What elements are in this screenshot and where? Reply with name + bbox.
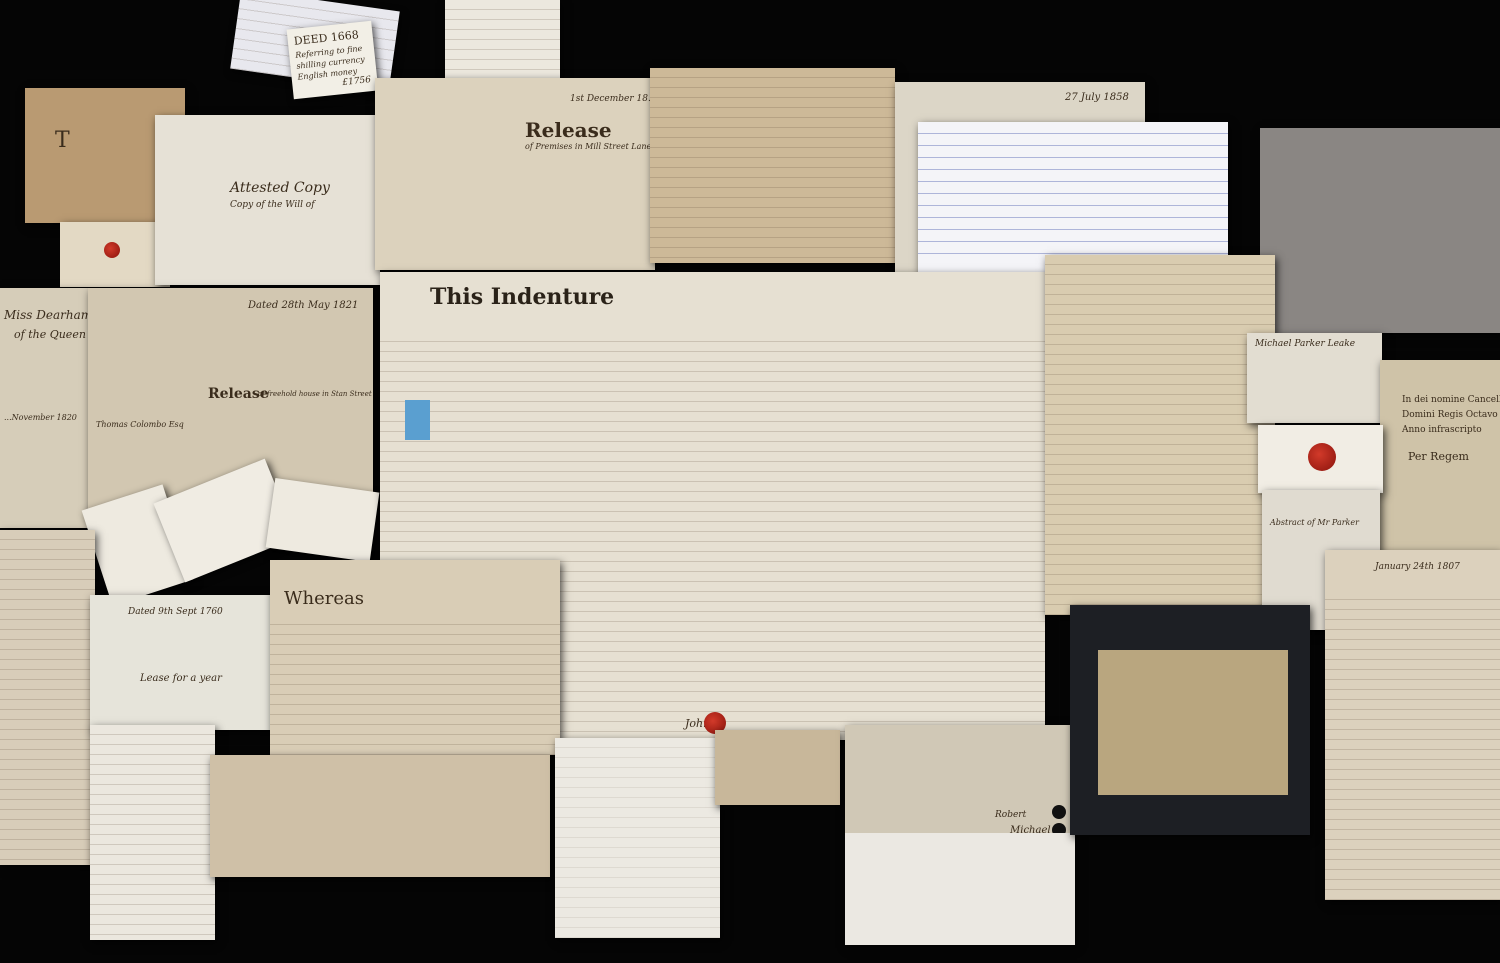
long-manuscript-right	[1045, 255, 1275, 615]
attested-copy-title: Attested Copy	[230, 180, 330, 196]
bound-manuscript-left	[0, 530, 95, 865]
latin-line-1: In dei nomine Cancellar	[1402, 395, 1500, 405]
framed-manuscript-in-sleeve	[1070, 605, 1310, 835]
latin-line-2: Domini Regis Octavo	[1402, 410, 1498, 420]
stained-manuscript	[650, 68, 895, 263]
deed-note-price: £1756	[342, 75, 372, 88]
lease-title: Lease for a year	[140, 673, 222, 684]
dated-letter-date: January 24th 1807	[1375, 562, 1460, 572]
abstract-title: Abstract of Mr Parker	[1270, 518, 1359, 527]
release-1821-party: Thomas Colombo Esq	[96, 420, 184, 429]
grey-folder	[1260, 128, 1500, 333]
michael-note-title: Michael Parker Leake	[1255, 339, 1355, 349]
attested-copy-subtitle: Copy of the Will of	[230, 200, 315, 210]
michael-parker-note: Michael Parker Leake	[1247, 333, 1382, 423]
attested-copy-document: Attested Copy Copy of the Will of	[155, 115, 380, 285]
black-seal-1	[1052, 805, 1066, 819]
latin-line-3: Anno infrascripto	[1402, 425, 1482, 435]
signature-1: Robert	[995, 810, 1026, 820]
sealed-packet	[60, 222, 170, 287]
indenture-title: This Indenture	[430, 284, 614, 310]
release-subtitle: of Premises in Mill Street Lane	[525, 142, 651, 151]
small-stained-note	[715, 730, 840, 805]
latin-charter: In dei nomine Cancellar Domini Regis Oct…	[1380, 360, 1500, 550]
miss-dearham-date: ...November 1820	[4, 413, 77, 422]
release-1821-date: Dated 28th May 1821	[248, 300, 358, 311]
blue-ribbon	[405, 400, 430, 440]
t-mark: T	[55, 128, 70, 153]
wax-seal-small	[104, 242, 120, 258]
dated-letter-1807: January 24th 1807	[1325, 550, 1500, 900]
envelope-3	[266, 478, 380, 562]
miss-dearham-line-1: Miss Dearham	[4, 308, 88, 322]
whereas-document: Whereas	[270, 560, 560, 755]
lease-for-a-year: Dated 9th Sept 1760 Lease for a year	[90, 595, 278, 730]
whereas-title: Whereas	[284, 588, 364, 609]
release-title: Release	[525, 118, 612, 142]
bundled-papers	[210, 755, 550, 877]
release-date: 1st December 18...	[570, 94, 655, 104]
latin-line-4: Per Regem	[1408, 450, 1469, 463]
sealed-envelope-right	[1258, 425, 1383, 493]
parchment-date: 27 July 1858	[1065, 92, 1129, 103]
folded-letter-bottom	[555, 738, 720, 938]
deed-1668-note: DEED 1668 Referring to fine shilling cur…	[287, 21, 379, 100]
release-deed-top: 1st December 18... Release of Premises i…	[375, 78, 655, 270]
small-handwritten-letter	[90, 725, 215, 940]
signed-sealed-deed: Robert Michael Lloyd	[845, 725, 1075, 945]
release-1821-subtitle: of freehold house in Stan Street	[258, 390, 372, 398]
lease-date: Dated 9th Sept 1760	[128, 607, 223, 617]
red-wax-seal-envelope	[1308, 443, 1336, 471]
framed-manuscript-page	[1098, 650, 1288, 795]
miss-dearham-line-2: of the Queen	[14, 328, 86, 341]
white-lower-flap	[845, 833, 1075, 945]
handwritten-letter-top-center	[445, 0, 560, 80]
miss-dearham-deed: Miss Dearham of the Queen ...November 18…	[0, 288, 88, 528]
